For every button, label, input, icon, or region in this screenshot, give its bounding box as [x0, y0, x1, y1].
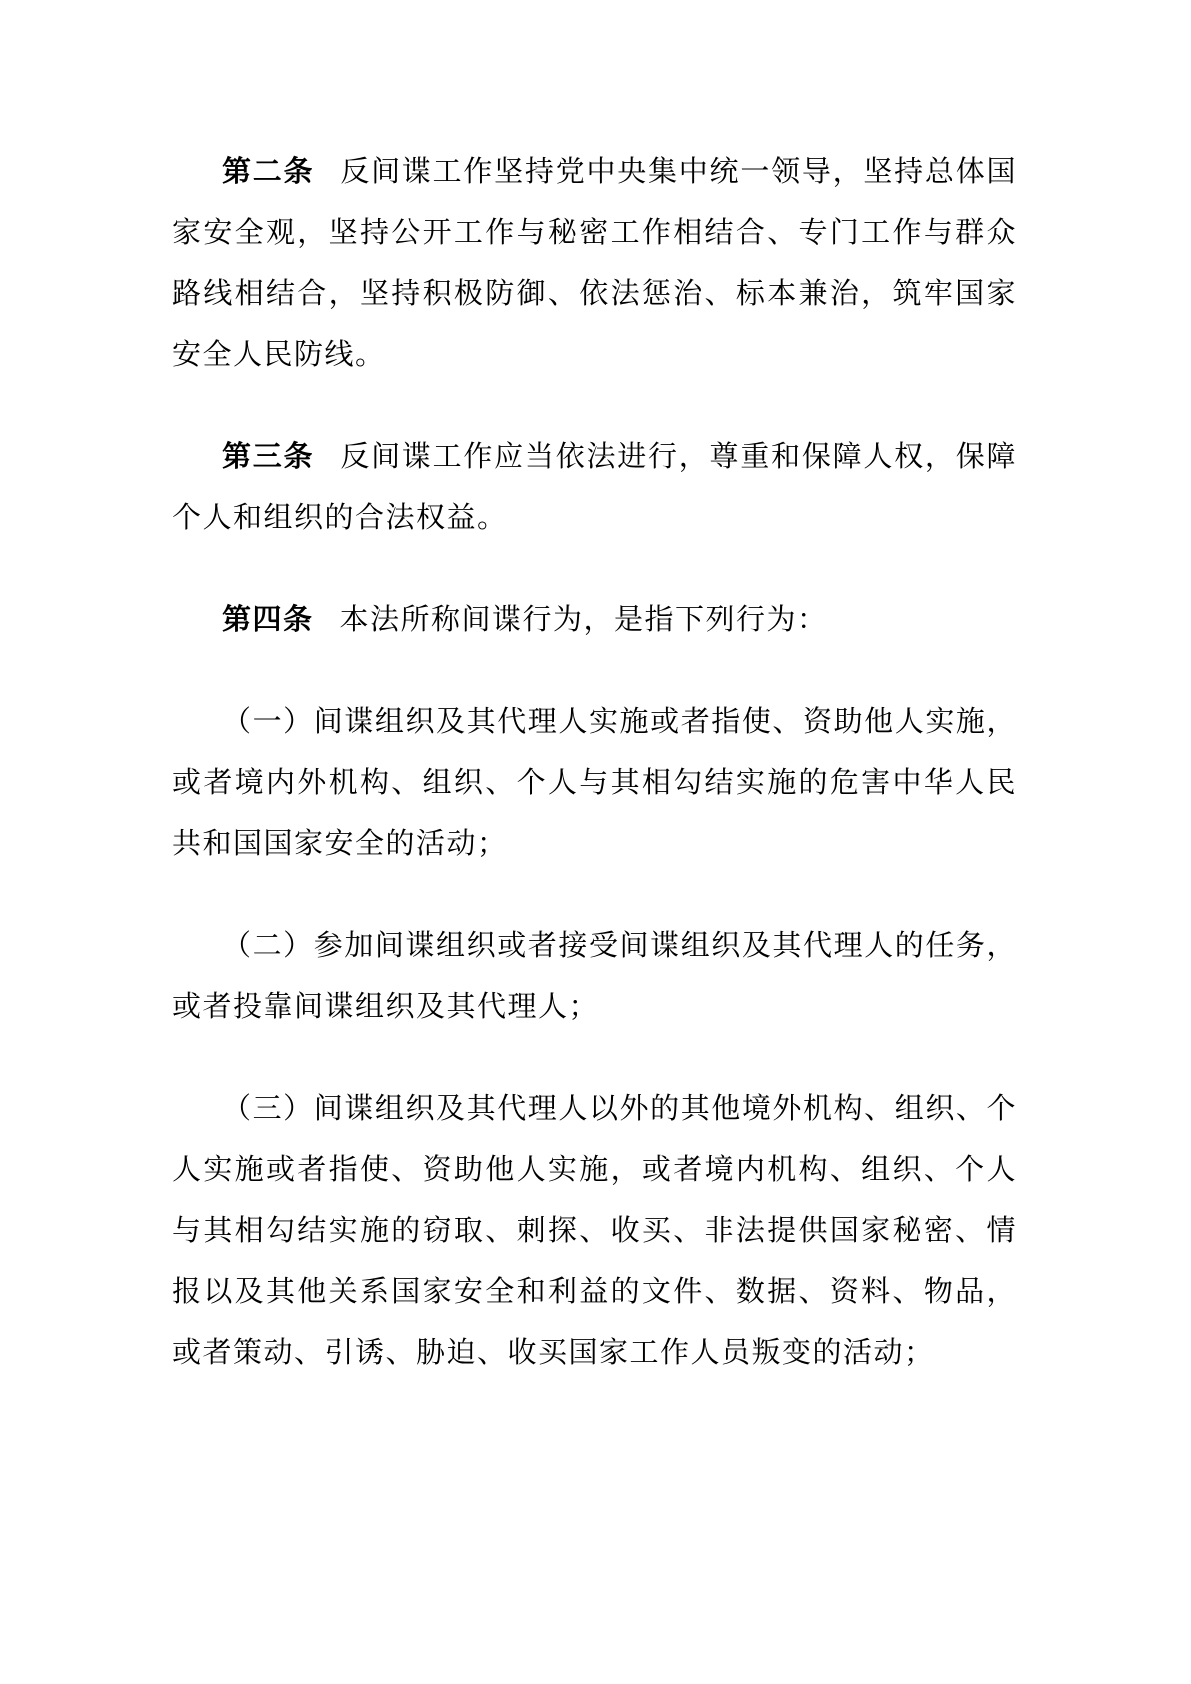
document-body: 第二条反间谍工作坚持党中央集中统一领导，坚持总体国家安全观，坚持公开工作与秘密工… [172, 142, 1017, 1384]
document-page: 第二条反间谍工作坚持党中央集中统一领导，坚持总体国家安全观，坚持公开工作与秘密工… [0, 0, 1191, 1684]
article-number: 第二条 [222, 156, 314, 188]
paragraph: （二）参加间谍组织或者接受间谍组织及其代理人的任务，或者投靠间谍组织及其代理人； [172, 916, 1017, 1038]
paragraph-text: 反间谍工作坚持党中央集中统一领导，坚持总体国家安全观，坚持公开工作与秘密工作相结… [172, 156, 1017, 371]
article-number: 第四条 [222, 604, 314, 636]
paragraph: 第三条反间谍工作应当依法进行，尊重和保障人权，保障个人和组织的合法权益。 [172, 427, 1017, 549]
article-number: 第三条 [222, 441, 314, 473]
paragraph-text: （二）参加间谍组织或者接受间谍组织及其代理人的任务，或者投靠间谍组织及其代理人； [172, 930, 1017, 1023]
paragraph: 第四条本法所称间谍行为，是指下列行为： [172, 590, 1017, 651]
paragraph: （三）间谍组织及其代理人以外的其他境外机构、组织、个人实施或者指使、资助他人实施… [172, 1079, 1017, 1384]
paragraph-text: （三）间谍组织及其代理人以外的其他境外机构、组织、个人实施或者指使、资助他人实施… [172, 1093, 1017, 1369]
paragraph-text: （一）间谍组织及其代理人实施或者指使、资助他人实施，或者境内外机构、组织、个人与… [172, 706, 1017, 860]
paragraph-text: 本法所称间谍行为，是指下列行为： [340, 604, 828, 636]
paragraph: 第二条反间谍工作坚持党中央集中统一领导，坚持总体国家安全观，坚持公开工作与秘密工… [172, 142, 1017, 386]
paragraph: （一）间谍组织及其代理人实施或者指使、资助他人实施，或者境内外机构、组织、个人与… [172, 692, 1017, 875]
